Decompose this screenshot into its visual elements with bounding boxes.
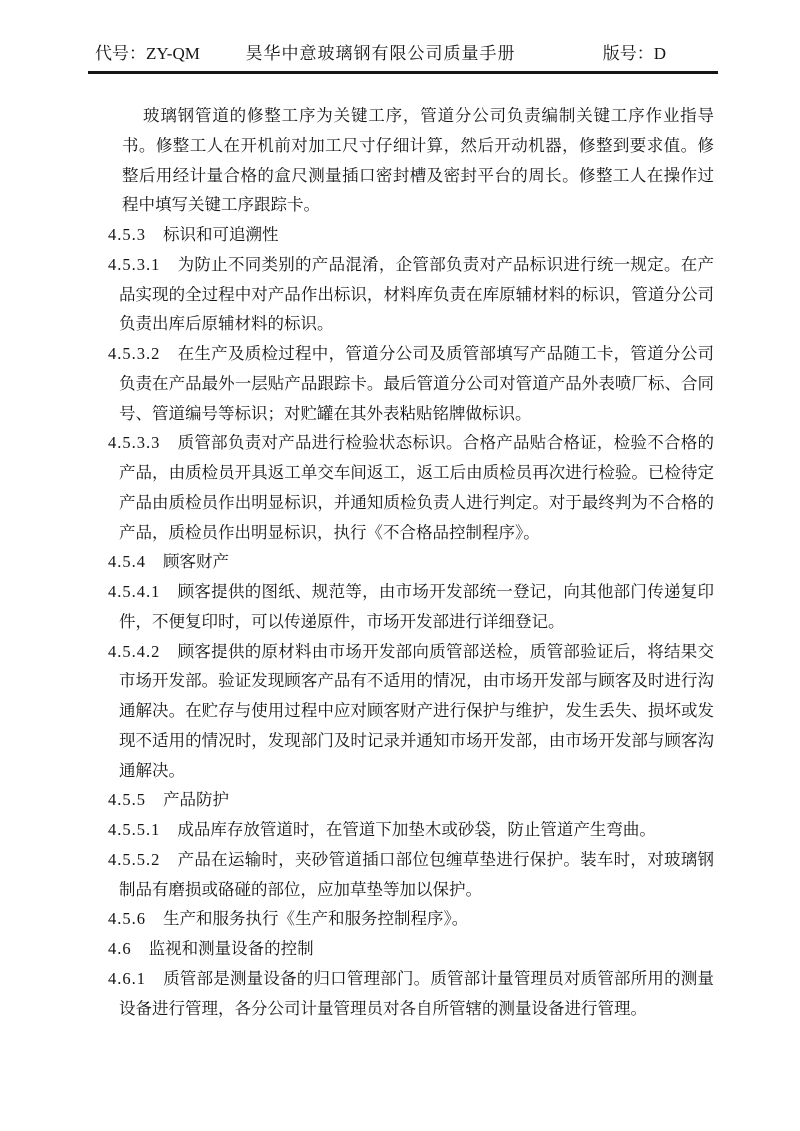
section-4-5-5: 4.5.5产品防护 [108, 785, 714, 815]
document-title: 昊华中意玻璃钢有限公司质量手册 [246, 44, 516, 64]
section-number: 4.5.4.2 [108, 642, 160, 661]
section-number: 4.5.4 [108, 552, 146, 571]
section-text: 为防止不同类别的产品混淆，企管部负责对产品标识进行统一规定。在产品实现的全过程中… [119, 255, 714, 334]
section-number: 4.6.1 [108, 969, 146, 988]
section-4-5-5-2: 4.5.5.2产品在运输时，夹砂管道插口部位包缠草垫进行保护。装车时，对玻璃钢制… [108, 845, 714, 905]
section-number: 4.5.4.1 [108, 582, 160, 601]
document-code: 代号：ZY-QM [88, 44, 246, 64]
document-page: 代号：ZY-QM 昊华中意玻璃钢有限公司质量手册 版号：D 玻璃钢管道的修整工序… [0, 0, 800, 1131]
section-4-5-6: 4.5.6生产和服务执行《生产和服务控制程序》。 [108, 904, 714, 934]
section-text: 质管部是测量设备的归口管理部门。质管部计量管理员对质管部所用的测量设备进行管理，… [119, 969, 714, 1018]
page-header: 代号：ZY-QM 昊华中意玻璃钢有限公司质量手册 版号：D [88, 44, 718, 74]
section-4-5-4-1: 4.5.4.1顾客提供的图纸、规范等，由市场开发部统一登记，向其他部门传递复印件… [108, 577, 714, 637]
section-4-5-4: 4.5.4顾客财产 [108, 547, 714, 577]
section-text: 质管部负责对产品进行检验状态标识。合格产品贴合格证，检验不合格的产品，由质检员开… [119, 433, 714, 541]
section-text: 成品库存放管道时，在管道下加垫木或砂袋，防止管道产生弯曲。 [177, 820, 656, 839]
section-4-5-3-1: 4.5.3.1为防止不同类别的产品混淆，企管部负责对产品标识进行统一规定。在产品… [108, 250, 714, 339]
section-4-5-5-1: 4.5.5.1成品库存放管道时，在管道下加垫木或砂袋，防止管道产生弯曲。 [108, 815, 714, 845]
section-number: 4.5.5.1 [108, 820, 160, 839]
section-number: 4.5.6 [108, 909, 146, 928]
section-number: 4.5.3.1 [108, 255, 160, 274]
section-4-6: 4.6监视和测量设备的控制 [108, 934, 714, 964]
section-4-5-3-2: 4.5.3.2在生产及质检过程中，管道分公司及质管部填写产品随工卡，管道分公司负… [108, 339, 714, 428]
document-body: 玻璃钢管道的修整工序为关键工序，管道分公司负责编制关键工序作业指导书。修整工人在… [108, 101, 714, 1023]
section-number: 4.5.5 [108, 790, 146, 809]
section-number: 4.5.5.2 [108, 850, 160, 869]
section-4-6-1: 4.6.1质管部是测量设备的归口管理部门。质管部计量管理员对质管部所用的测量设备… [108, 964, 714, 1024]
section-text: 产品在运输时，夹砂管道插口部位包缠草垫进行保护。装车时，对玻璃钢制品有磨损或硌碰… [119, 850, 714, 899]
section-text: 产品防护 [163, 790, 229, 809]
intro-paragraph: 玻璃钢管道的修整工序为关键工序，管道分公司负责编制关键工序作业指导书。修整工人在… [108, 101, 714, 220]
section-number: 4.6 [108, 939, 132, 958]
section-number: 4.5.3.3 [108, 433, 160, 452]
section-4-5-3: 4.5.3标识和可追溯性 [108, 220, 714, 250]
section-text: 顾客提供的原材料由市场开发部向质管部送检，质管部验证后，将结果交市场开发部。验证… [119, 642, 714, 780]
section-4-5-3-3: 4.5.3.3质管部负责对产品进行检验状态标识。合格产品贴合格证，检验不合格的产… [108, 428, 714, 547]
section-text: 顾客提供的图纸、规范等，由市场开发部统一登记，向其他部门传递复印件，不便复印时，… [119, 582, 714, 631]
section-text: 标识和可追溯性 [163, 225, 279, 244]
section-text: 在生产及质检过程中，管道分公司及质管部填写产品随工卡，管道分公司负责在产品最外一… [119, 344, 714, 423]
section-number: 4.5.3.2 [108, 344, 160, 363]
section-text: 生产和服务执行《生产和服务控制程序》。 [163, 909, 468, 928]
document-version: 版号：D [516, 44, 719, 64]
section-4-5-4-2: 4.5.4.2顾客提供的原材料由市场开发部向质管部送检，质管部验证后，将结果交市… [108, 637, 714, 786]
section-text: 顾客财产 [163, 552, 229, 571]
section-text: 监视和测量设备的控制 [149, 939, 314, 958]
section-number: 4.5.3 [108, 225, 146, 244]
